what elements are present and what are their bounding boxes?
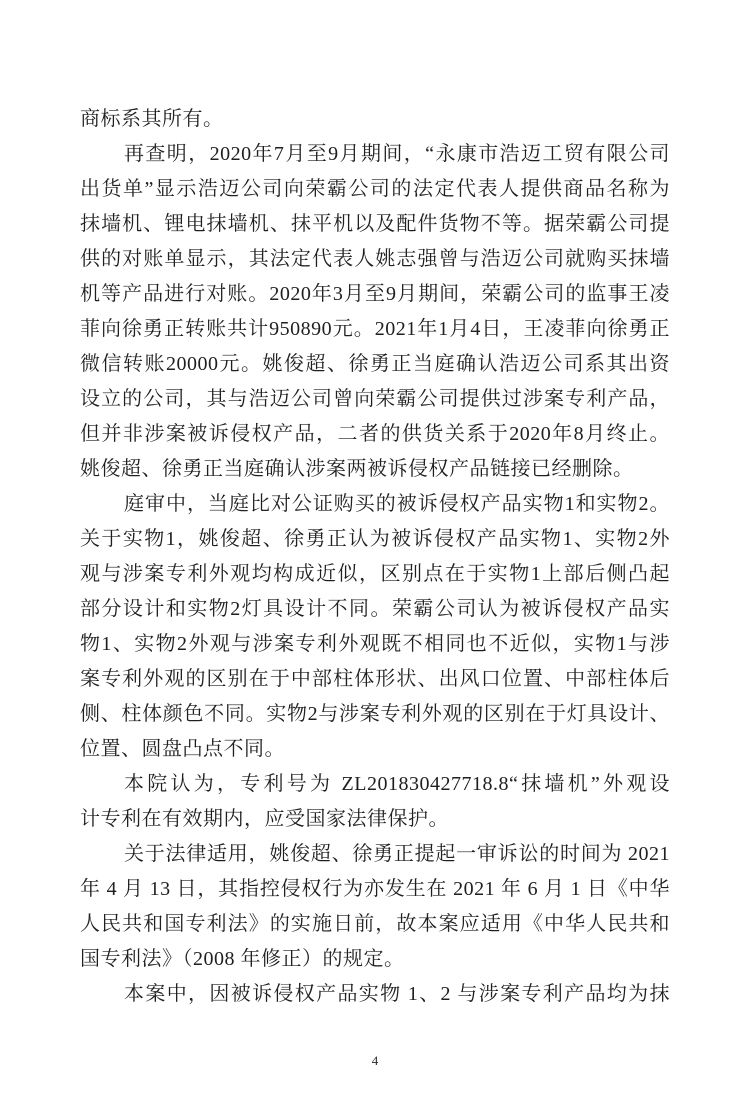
- body-line: 姚俊超、徐勇正当庭确认涉案两被诉侵权产品链接已经删除。: [80, 452, 670, 487]
- body-line: 计专利在有效期内，应受国家法律保护。: [80, 802, 670, 837]
- body-line: 关于法律适用，姚俊超、徐勇正提起一审诉讼的时间为 2021: [80, 837, 670, 872]
- body-line: 出货单”显示浩迈公司向荣霸公司的法定代表人提供商品名称为: [80, 172, 670, 207]
- body-line: 本院认为，专利号为 ZL201830427718.8“抹墙机”外观设: [80, 767, 670, 802]
- body-line: 侧、柱体颜色不同。实物2与涉案专利外观的区别在于灯具设计、: [80, 697, 670, 732]
- document-page: 商标系其所有。 再查明，2020年7月至9月期间，“永康市浩迈工贸有限公司 出货…: [0, 0, 750, 1120]
- body-line: 微信转账20000元。姚俊超、徐勇正当庭确认浩迈公司系其出资: [80, 347, 670, 382]
- document-text-block: 商标系其所有。 再查明，2020年7月至9月期间，“永康市浩迈工贸有限公司 出货…: [80, 102, 670, 1012]
- body-line: 但并非涉案被诉侵权产品，二者的供货关系于2020年8月终止。: [80, 417, 670, 452]
- body-line: 供的对账单显示，其法定代表人姚志强曾与浩迈公司就购买抹墙: [80, 242, 670, 277]
- page-number: 4: [372, 1053, 379, 1068]
- body-line: 位置、圆盘凸点不同。: [80, 732, 670, 767]
- body-line: 部分设计和实物2灯具设计不同。荣霸公司认为被诉侵权产品实: [80, 592, 670, 627]
- body-line: 本案中，因被诉侵权产品实物 1、2 与涉案专利产品均为抹: [80, 977, 670, 1012]
- body-line: 机等产品进行对账。2020年3月至9月期间，荣霸公司的监事王凌: [80, 277, 670, 312]
- page-footer: 4: [0, 1052, 750, 1070]
- body-line: 案专利外观的区别在于中部柱体形状、出风口位置、中部柱体后: [80, 662, 670, 697]
- body-line: 庭审中，当庭比对公证购买的被诉侵权产品实物1和实物2。: [80, 487, 670, 522]
- body-line: 年 4 月 13 日，其指控侵权行为亦发生在 2021 年 6 月 1 日《中华: [80, 872, 670, 907]
- body-line: 商标系其所有。: [80, 102, 670, 137]
- body-line: 设立的公司，其与浩迈公司曾向荣霸公司提供过涉案专利产品，: [80, 382, 670, 417]
- body-line: 观与涉案专利外观均构成近似，区别点在于实物1上部后侧凸起: [80, 557, 670, 592]
- body-line: 物1、实物2外观与涉案专利外观既不相同也不近似，实物1与涉: [80, 627, 670, 662]
- body-line: 关于实物1，姚俊超、徐勇正认为被诉侵权产品实物1、实物2外: [80, 522, 670, 557]
- body-line: 人民共和国专利法》的实施日前，故本案应适用《中华人民共和: [80, 907, 670, 942]
- body-line: 抹墙机、锂电抹墙机、抹平机以及配件货物不等。据荣霸公司提: [80, 207, 670, 242]
- body-line: 再查明，2020年7月至9月期间，“永康市浩迈工贸有限公司: [80, 137, 670, 172]
- body-line: 国专利法》（2008 年修正）的规定。: [80, 942, 670, 977]
- body-line: 菲向徐勇正转账共计950890元。2021年1月4日，王凌菲向徐勇正: [80, 312, 670, 347]
